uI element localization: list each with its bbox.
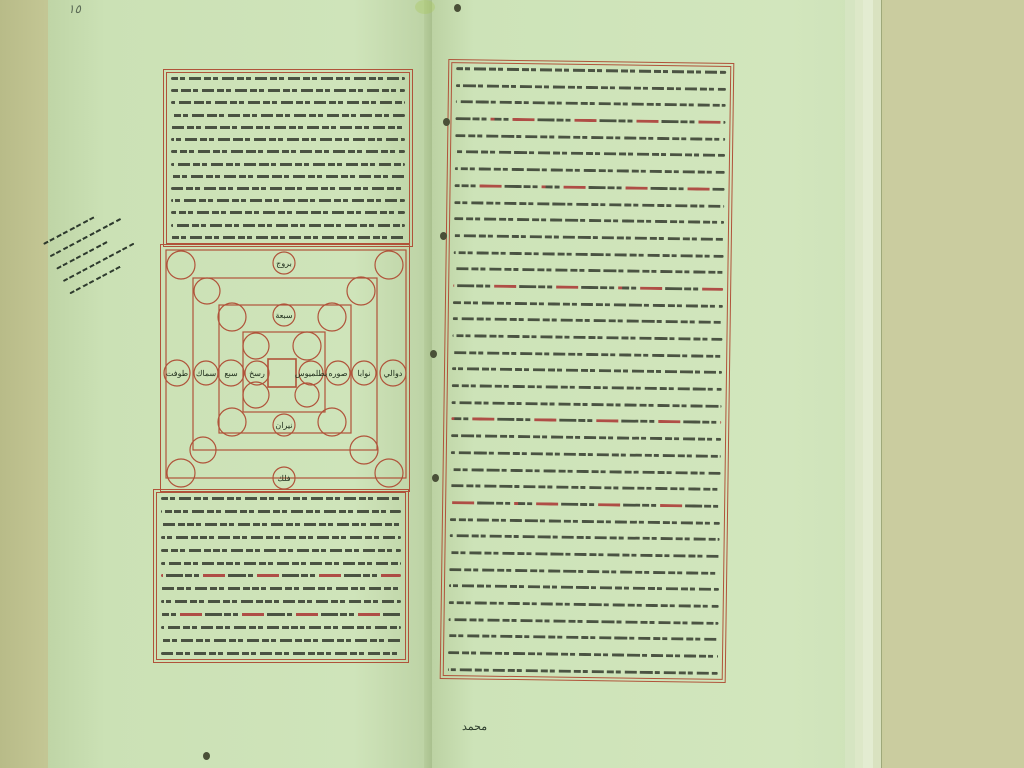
text-line: [453, 284, 723, 291]
text-line: [454, 217, 724, 224]
text-line: [161, 536, 401, 539]
text-line: [161, 497, 401, 500]
text-line: [171, 199, 405, 202]
label-top: بروج: [276, 259, 292, 268]
text-lines: [171, 77, 405, 239]
page-edges: [845, 0, 890, 768]
text-line: [448, 618, 718, 625]
text-line: [455, 134, 725, 141]
text-line: [449, 551, 719, 558]
diagram-graphic: بروج سبعة نيران فلك طوفت سماك سبع رسخ بط…: [161, 245, 411, 493]
text-line: [449, 601, 719, 608]
binding-hole: [454, 4, 461, 12]
text-line: [455, 184, 725, 191]
binding-hole: [432, 474, 439, 482]
text-line: [161, 549, 401, 552]
label-row-left-outer: طوفت: [166, 369, 188, 378]
text-lines: [448, 67, 726, 675]
left-lower-text-block: [156, 492, 406, 660]
text-line: [161, 587, 401, 590]
text-line: [449, 568, 719, 575]
label-row-right-4: بطلميوس: [295, 369, 327, 378]
text-line: [161, 523, 401, 526]
text-line: [171, 236, 405, 239]
text-line: [452, 384, 722, 391]
text-line: [455, 117, 725, 124]
stain: [415, 0, 435, 14]
text-line: [448, 651, 718, 658]
text-line: [171, 175, 405, 178]
background-surface-left: [0, 0, 50, 768]
label-row-left-3: سبع: [224, 369, 238, 378]
text-line: [161, 652, 401, 655]
binding-hole: [203, 752, 210, 760]
text-line: [171, 187, 405, 190]
text-line: [453, 267, 723, 274]
folio-number: ١٥: [68, 2, 81, 16]
text-line: [171, 126, 405, 129]
label-row-left-2: سماك: [196, 369, 217, 378]
catchword-signature: محمد: [462, 720, 487, 733]
text-line: [454, 251, 724, 258]
text-line: [450, 534, 720, 541]
text-line: [171, 101, 405, 104]
text-line: [161, 510, 401, 513]
text-line: [171, 211, 405, 214]
text-line: [454, 234, 724, 241]
text-line: [450, 518, 720, 525]
text-line: [451, 468, 721, 475]
text-line: [456, 84, 726, 91]
label-inner-bottom: نيران: [275, 421, 292, 430]
text-line: [452, 334, 722, 341]
text-line: [161, 600, 401, 603]
text-line: [448, 634, 718, 641]
text-line: [453, 317, 723, 324]
text-line: [451, 451, 721, 458]
label-row-right-2: نوابا: [357, 369, 370, 378]
right-text-block: [443, 62, 732, 680]
text-lines: [161, 497, 401, 655]
text-line: [171, 77, 405, 80]
label-bottom: فلك: [277, 474, 290, 483]
background-surface-right: [885, 0, 1024, 768]
text-line: [453, 301, 723, 308]
margin-note-line: [56, 240, 110, 270]
text-line: [451, 418, 721, 425]
text-line: [452, 367, 722, 374]
text-line: [171, 89, 405, 92]
margin-note-line: [69, 264, 123, 294]
text-line: [171, 114, 405, 117]
label-inner-top: سبعة: [275, 311, 293, 320]
text-line: [171, 163, 405, 166]
text-line: [171, 224, 405, 227]
text-line: [450, 484, 720, 491]
text-line: [161, 639, 401, 642]
text-line: [456, 67, 726, 74]
binding-hole: [443, 118, 450, 126]
text-line: [452, 351, 722, 358]
text-line: [450, 501, 720, 508]
text-line: [448, 668, 718, 675]
text-line: [161, 562, 401, 565]
text-line: [171, 150, 405, 153]
text-line: [161, 626, 401, 629]
text-line: [161, 574, 401, 577]
text-line: [171, 138, 405, 141]
text-line: [451, 434, 721, 441]
text-line: [161, 613, 401, 616]
text-line: [456, 101, 726, 108]
label-row-left-4: رسخ: [249, 369, 265, 378]
binding-hole: [440, 232, 447, 240]
binding-hole: [430, 350, 437, 358]
label-row-right-3: صوره: [329, 369, 348, 378]
text-line: [454, 201, 724, 208]
text-line: [452, 401, 722, 408]
label-row-right-outer: دوالي: [384, 369, 403, 378]
text-line: [455, 151, 725, 158]
astrological-diagram: بروج سبعة نيران فلك طوفت سماك سبع رسخ بط…: [160, 244, 410, 492]
text-line: [455, 167, 725, 174]
text-line: [449, 584, 719, 591]
left-upper-text-block: [166, 72, 410, 244]
